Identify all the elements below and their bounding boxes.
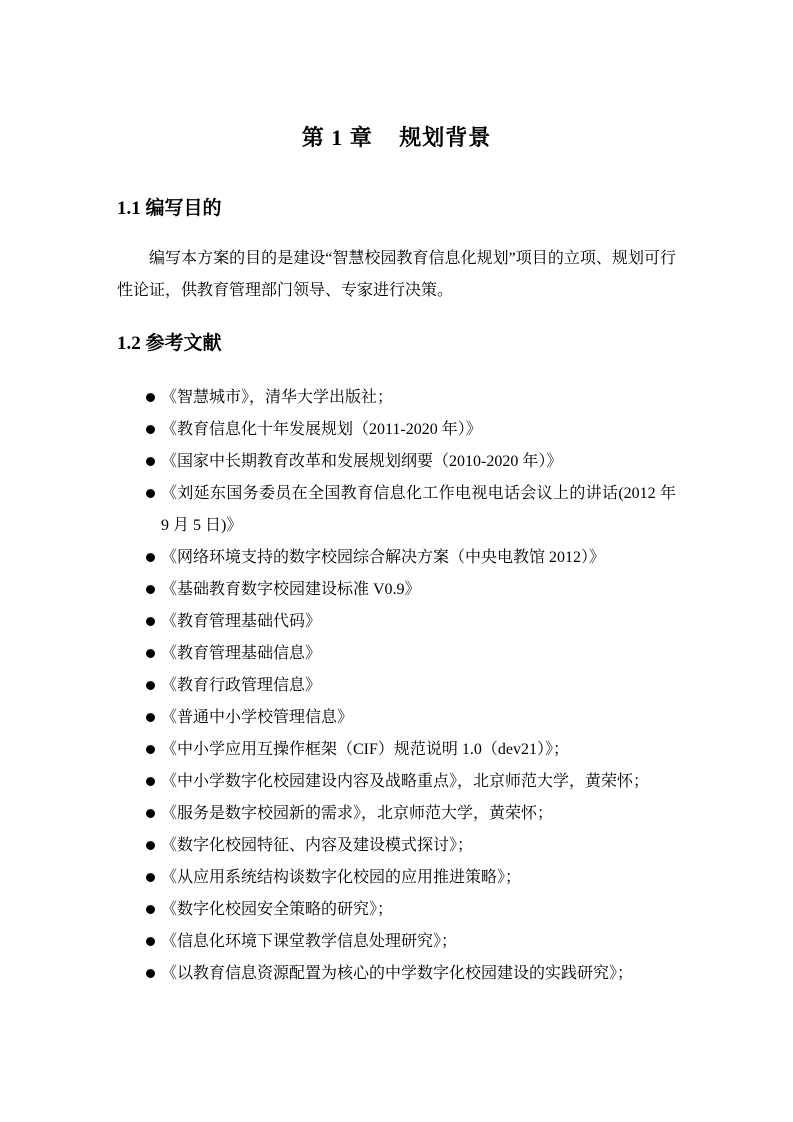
bullet-icon (146, 745, 155, 754)
document-page: 第 1 章规划背景 1.1 编写目的 编写本方案的目的是建设“智慧校园教育信息化… (0, 0, 793, 1122)
bullet-icon (146, 905, 155, 914)
reference-text: 《刘延东国务委员在全国教育信息化工作电视电话会议上的讲话(2012 年 9 月 … (161, 485, 676, 534)
reference-text: 《数字化校园安全策略的研究》； (161, 901, 393, 918)
chapter-name: 规划背景 (399, 125, 491, 150)
reference-item: 《网络环境支持的数字校园综合解决方案（中央电教馆 2012）》 (117, 542, 676, 574)
reference-item: 《服务是数字校园新的需求》，北京师范大学，黄荣怀； (117, 798, 676, 830)
reference-text: 《以教育信息资源配置为核心的中学数字化校园建设的实践研究》； (161, 965, 633, 982)
bullet-icon (146, 681, 155, 690)
bullet-icon (146, 553, 155, 562)
purpose-paragraph: 编写本方案的目的是建设“智慧校园教育信息化规划”项目的立项、规划可行性论证，供教… (117, 243, 676, 307)
reference-text: 《教育信息化十年发展规划（2011-2020 年）》 (161, 421, 482, 438)
bullet-icon (146, 841, 155, 850)
reference-item: 《中小学数字化校园建设内容及战略重点》，北京师范大学，黄荣怀； (117, 766, 676, 798)
reference-text: 《中小学数字化校园建设内容及战略重点》，北京师范大学，黄荣怀； (161, 773, 649, 790)
reference-text: 《教育管理基础信息》 (161, 645, 321, 662)
section-heading-references: 1.2 参考文献 (117, 332, 676, 356)
reference-text: 《智慧城市》，清华大学出版社； (161, 389, 393, 406)
reference-item: 《数字化校园特征、内容及建设模式探讨》； (117, 830, 676, 862)
reference-item: 《教育管理基础代码》 (117, 606, 676, 638)
reference-item: 《基础教育数字校园建设标准 V0.9》 (117, 574, 676, 606)
bullet-icon (146, 649, 155, 658)
reference-text: 《信息化环境下课堂教学信息处理研究》； (161, 933, 457, 950)
reference-item: 《信息化环境下课堂教学信息处理研究》； (117, 926, 676, 958)
reference-text: 《基础教育数字校园建设标准 V0.9》 (161, 581, 421, 598)
chapter-number: 第 1 章 (302, 125, 373, 150)
bullet-icon (146, 937, 155, 946)
reference-text: 《服务是数字校园新的需求》，北京师范大学，黄荣怀； (161, 805, 553, 822)
bullet-icon (146, 777, 155, 786)
reference-item: 《以教育信息资源配置为核心的中学数字化校园建设的实践研究》； (117, 958, 676, 990)
reference-text: 《普通中小学校管理信息》 (161, 709, 353, 726)
reference-text: 《教育管理基础代码》 (161, 613, 321, 630)
reference-item: 《数字化校园安全策略的研究》； (117, 894, 676, 926)
reference-text: 《从应用系统结构谈数字化校园的应用推进策略》； (161, 869, 521, 886)
reference-item: 《刘延东国务委员在全国教育信息化工作电视电话会议上的讲话(2012 年 9 月 … (117, 478, 676, 542)
bullet-icon (146, 393, 155, 402)
reference-item: 《教育管理基础信息》 (117, 638, 676, 670)
chapter-title: 第 1 章规划背景 (117, 0, 676, 152)
reference-list: 《智慧城市》，清华大学出版社； 《教育信息化十年发展规划（2011-2020 年… (117, 382, 676, 990)
reference-item: 《教育信息化十年发展规划（2011-2020 年）》 (117, 414, 676, 446)
reference-item: 《从应用系统结构谈数字化校园的应用推进策略》； (117, 862, 676, 894)
section-heading-purpose: 1.1 编写目的 (117, 197, 676, 221)
bullet-icon (146, 617, 155, 626)
reference-text: 《网络环境支持的数字校园综合解决方案（中央电教馆 2012）》 (161, 549, 605, 566)
reference-text: 《教育行政管理信息》 (161, 677, 321, 694)
bullet-icon (146, 425, 155, 434)
reference-text: 《中小学应用互操作框架（CIF）规范说明 1.0（dev21）》； (161, 741, 569, 758)
bullet-icon (146, 873, 155, 882)
reference-item: 《国家中长期教育改革和发展规划纲要（2010-2020 年）》 (117, 446, 676, 478)
reference-text: 《数字化校园特征、内容及建设模式探讨》； (161, 837, 473, 854)
reference-item: 《智慧城市》，清华大学出版社； (117, 382, 676, 414)
reference-text: 《国家中长期教育改革和发展规划纲要（2010-2020 年）》 (161, 453, 562, 470)
reference-item: 《中小学应用互操作框架（CIF）规范说明 1.0（dev21）》； (117, 734, 676, 766)
page-content: 第 1 章规划背景 1.1 编写目的 编写本方案的目的是建设“智慧校园教育信息化… (0, 0, 793, 990)
bullet-icon (146, 809, 155, 818)
reference-item: 《普通中小学校管理信息》 (117, 702, 676, 734)
bullet-icon (146, 585, 155, 594)
bullet-icon (146, 457, 155, 466)
reference-item: 《教育行政管理信息》 (117, 670, 676, 702)
bullet-icon (146, 969, 155, 978)
bullet-icon (146, 713, 155, 722)
bullet-icon (146, 489, 155, 498)
